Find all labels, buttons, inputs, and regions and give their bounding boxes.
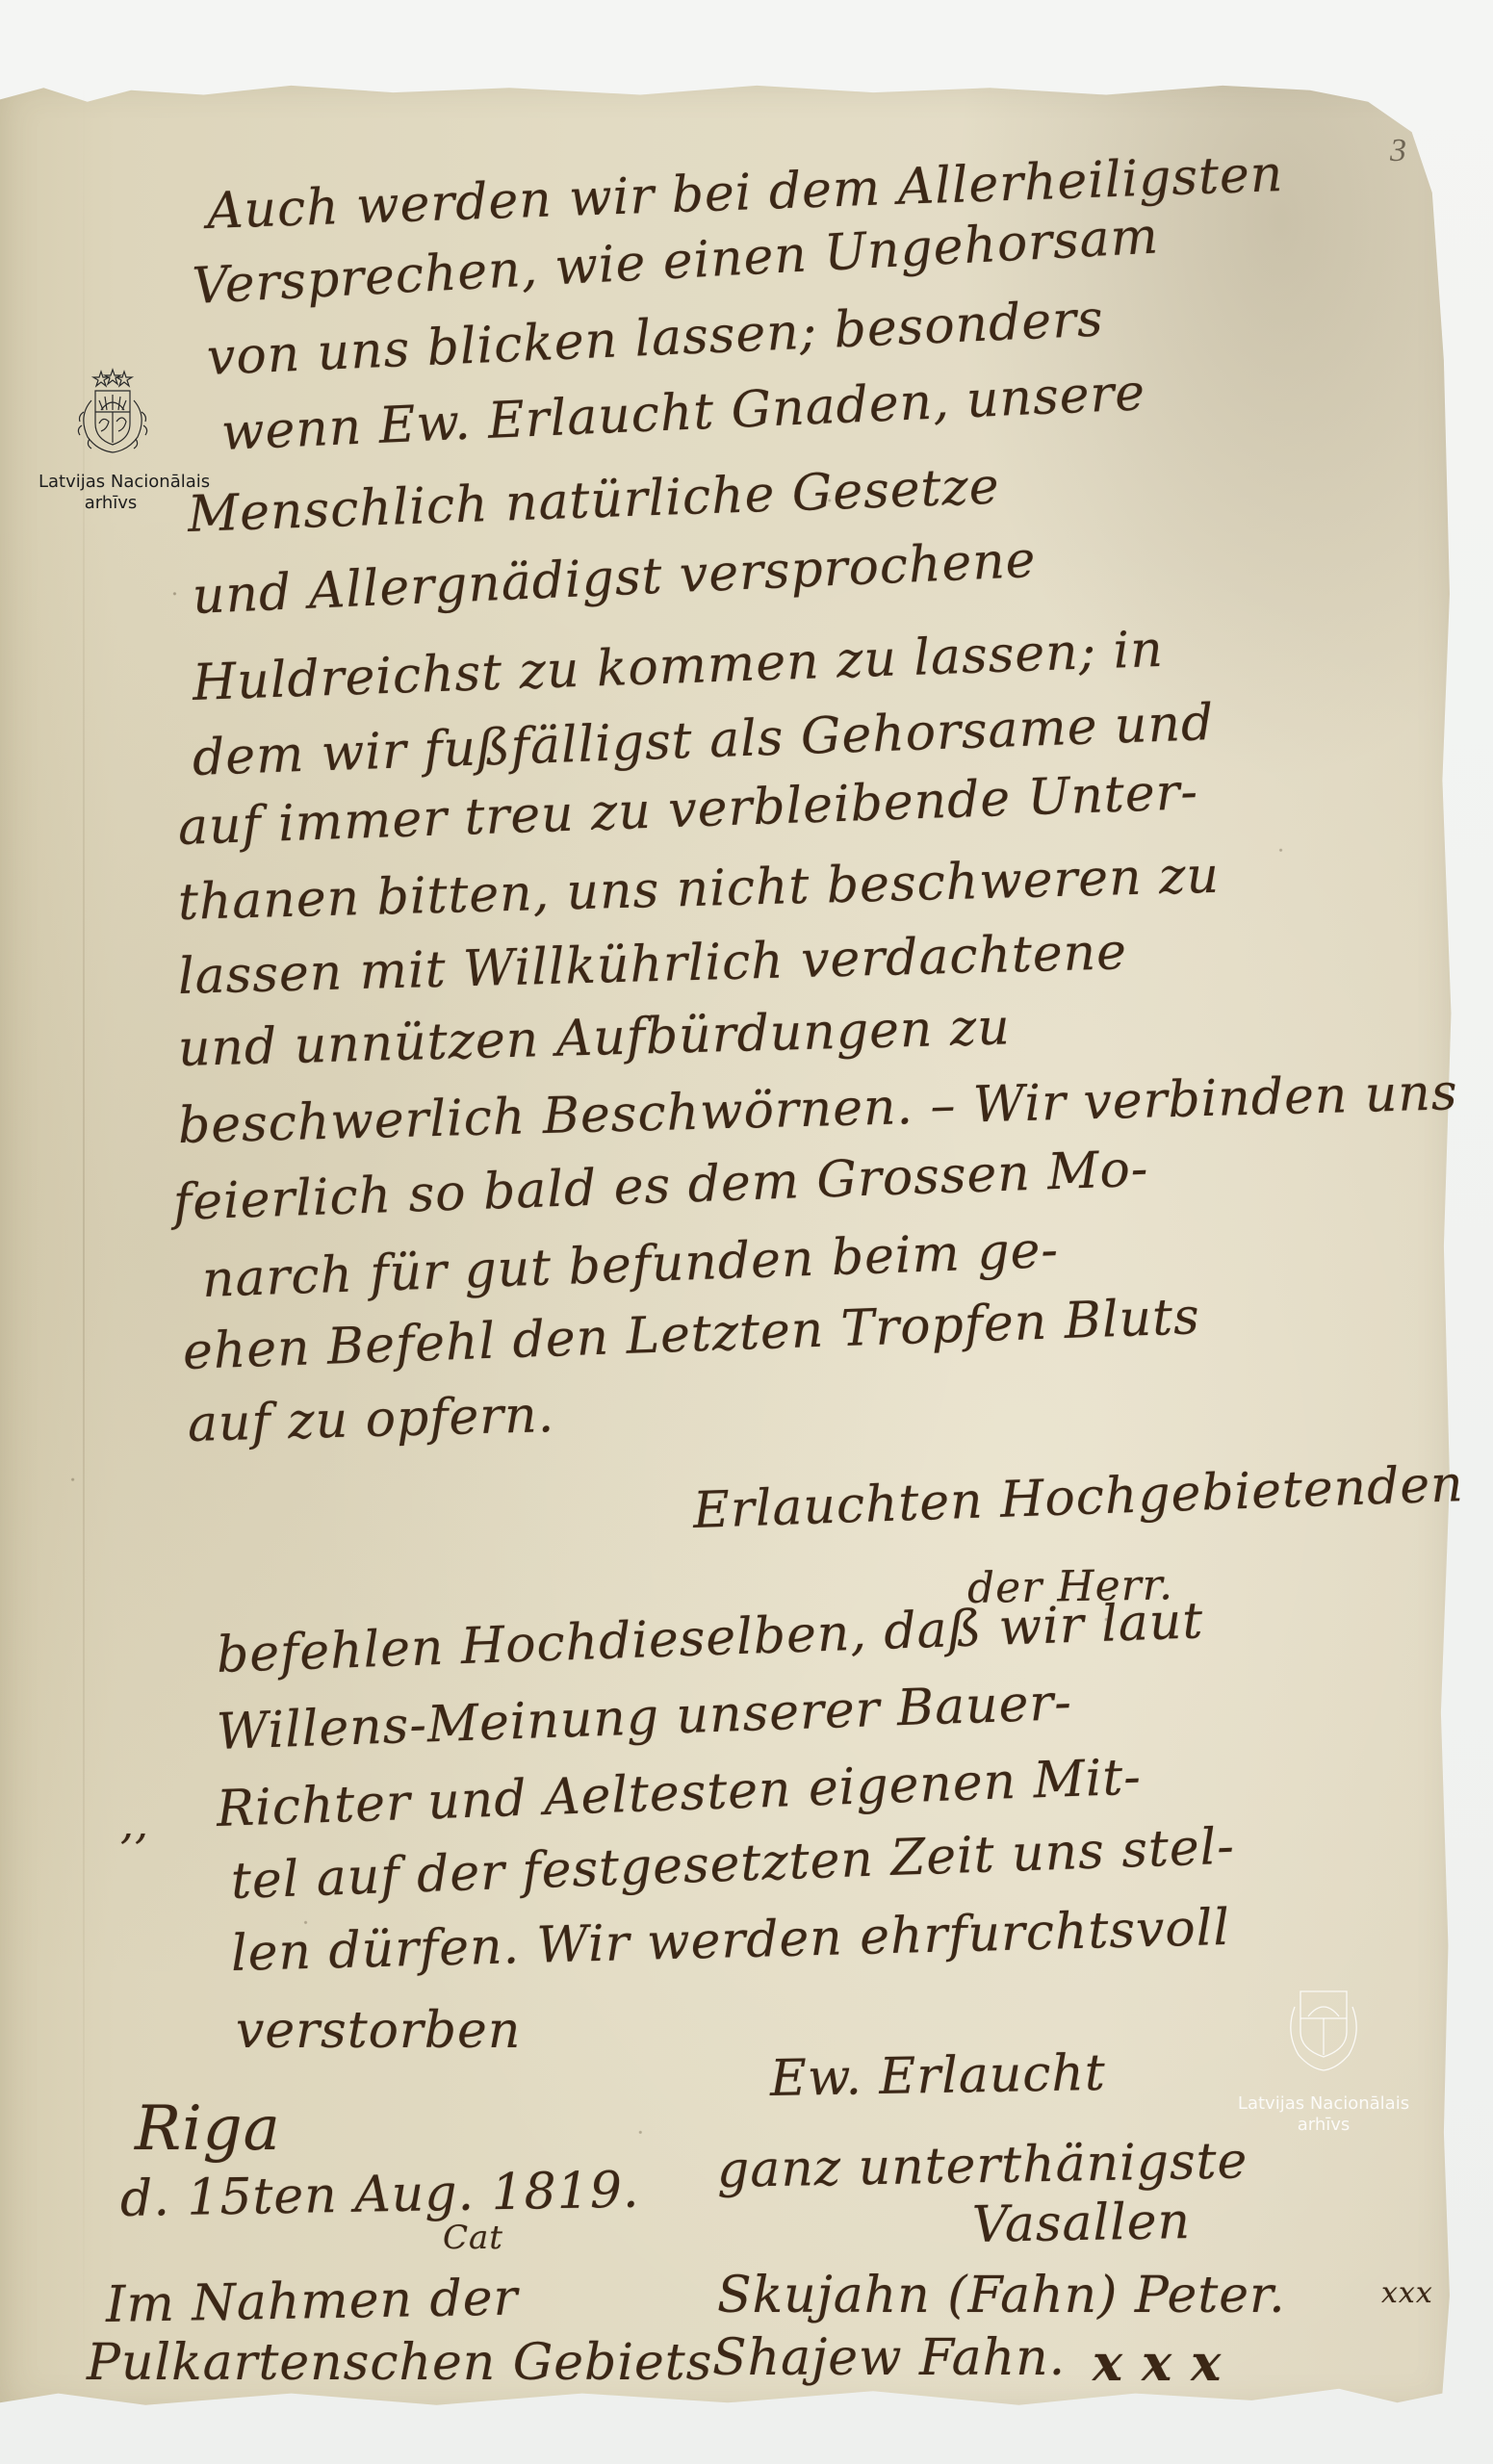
latvian-coat-of-arms-icon — [1285, 1978, 1362, 2074]
footer-line: Pulkartenschen Gebiets — [87, 2334, 712, 2392]
footer-line: Im Nahmen der — [105, 2270, 518, 2334]
page-number: 3 — [1390, 133, 1406, 169]
margin-mark: ,, — [120, 1800, 149, 1849]
closing-line: verstorben — [236, 2002, 521, 2060]
signature-subscription: ganz unterthänigste — [716, 2132, 1248, 2199]
signer-name: Skujahn (Fahn) Peter. — [717, 2267, 1286, 2324]
archive-watermark-bottom-right: Latvijas Nacionālais arhīvs — [1227, 1978, 1420, 2136]
signer-cross-marks: xxx — [1381, 2276, 1433, 2310]
manuscript-line: auf zu opfern. — [187, 1386, 555, 1453]
signature-address: Ew. Erlaucht — [769, 2044, 1106, 2108]
watermark-subtitle: arhīvs — [1227, 2115, 1420, 2136]
watermark-title: Latvijas Nacionālais — [1227, 2093, 1420, 2115]
signature-role: Vasallen — [971, 2193, 1191, 2254]
watermark-subtitle: arhīvs — [39, 493, 183, 514]
latvian-coat-of-arms-icon — [70, 368, 151, 460]
document-date: d. 15ten Aug. 1819. — [119, 2162, 639, 2228]
place-name: Riga — [135, 2093, 281, 2165]
signer-cross-marks: x x x — [1093, 2334, 1222, 2393]
date-note: Cat — [443, 2219, 503, 2257]
signer-name: Shajew Fahn. — [712, 2329, 1066, 2387]
archive-watermark-top-left: Latvijas Nacionālais arhīvs — [39, 368, 183, 514]
watermark-title: Latvijas Nacionālais — [39, 472, 183, 493]
